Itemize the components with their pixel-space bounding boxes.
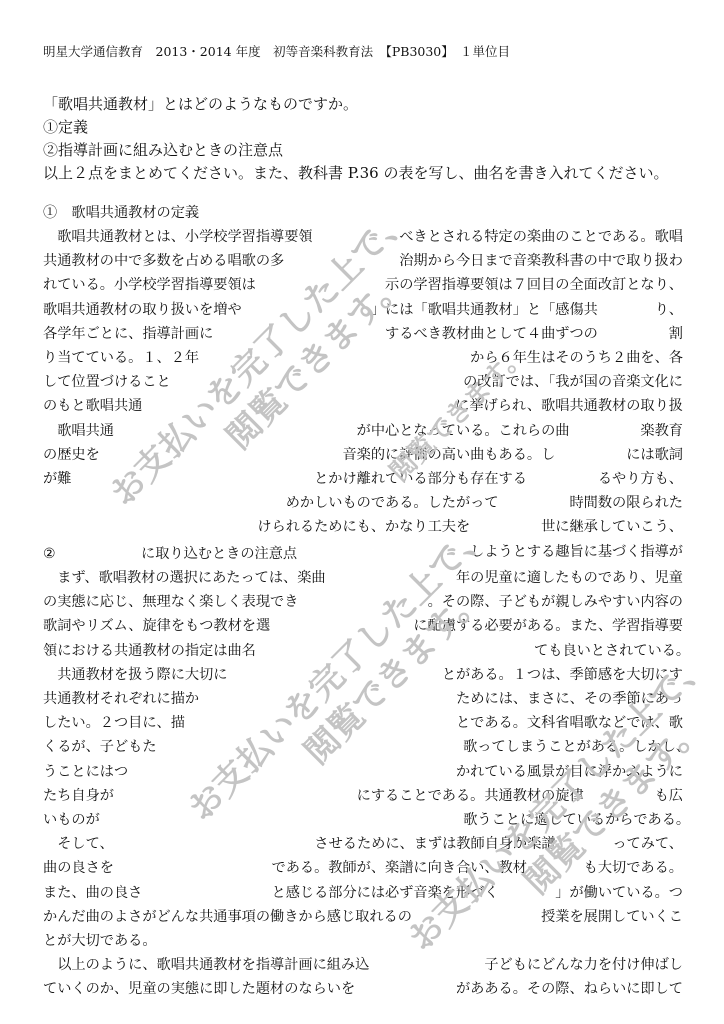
body-line-right-fragment: 示の学習指導要領は７回目の全面改訂となり、 bbox=[385, 274, 683, 296]
body-line-left-fragment: また、曲の良さ bbox=[43, 882, 142, 904]
body-line-left-fragment: いものが bbox=[43, 809, 100, 831]
body-line-left-fragment: ていくのか、児童の実態に即した題材のならいを bbox=[43, 978, 355, 1000]
question-line: 以上２点をまとめてください。また、教科書 P.36 の表を写し、曲名を書き入れて… bbox=[43, 161, 668, 185]
body-line-left-fragment: が難 bbox=[43, 468, 71, 490]
question-line: 「歌唱共通教材」とはどのようなものですか。 bbox=[43, 92, 358, 116]
section2-heading: ② に取り込むときの注意点 bbox=[43, 543, 683, 565]
body-line-right-fragment: めかしいものである。したがって 時間数の限られた bbox=[286, 492, 683, 514]
body-line-left-fragment: したい。２つ目に、描 bbox=[43, 712, 185, 734]
body-line-left-fragment: して位置づけること bbox=[43, 371, 171, 393]
body-line-left-fragment: 歌唱共通 bbox=[43, 420, 114, 442]
question-line: ①定義 bbox=[43, 115, 88, 139]
body-line-left-fragment: の実態に応じ、無理なく楽しく表現でき bbox=[43, 591, 298, 613]
body-line-left-fragment: そして、 bbox=[43, 833, 114, 855]
body-line-left-fragment: 歌唱共通教材の取り扱いを増や bbox=[43, 299, 242, 321]
body-line-left-fragment: れている。小学校学習指導要領は bbox=[43, 274, 256, 296]
body-line: り当てている。１、２年から６年生はそのうち２曲を、各 bbox=[43, 347, 683, 369]
body-line: 以上のように、歌唱共通教材を指導計画に組み込子どもにどんな力を付け伸ばし bbox=[43, 954, 683, 976]
body-line: まず、歌唱教材の選択にあたっては、楽曲年の児童に適したものであり、児童 bbox=[43, 567, 683, 589]
body-line-right-fragment: の改訂では、「我が国の音楽文化に bbox=[378, 371, 683, 393]
body-line: かんだ曲のよさがどんな共通事項の働きから感じ取れるの授業を展開していくこ bbox=[43, 906, 683, 928]
body-line-left-fragment: 歌詞やリズム、旋律をもつ教材を選 bbox=[43, 615, 270, 637]
body-line-left-fragment: 各学年ごとに、指導計画に bbox=[43, 323, 213, 345]
body-line-right-fragment: ても良いとされている。 bbox=[506, 640, 683, 662]
body-line-right-fragment: から６年生はそのうち２曲を、各 bbox=[385, 347, 683, 369]
body-line-left-fragment: 共通教材の中で多数を占める唱歌の多 bbox=[43, 250, 284, 272]
body-line-left-fragment: 歌唱共通教材とは、小学校学習指導要領 bbox=[43, 226, 313, 248]
body-line-right-fragment: が中心となっている。これらの曲 楽教育 bbox=[357, 420, 683, 442]
question-line: ②指導計画に組み込むときの注意点 bbox=[43, 138, 283, 162]
body-line-left-fragment: うことにはつ bbox=[43, 761, 128, 783]
body-line-left-fragment: まず、歌唱教材の選択にあたっては、楽曲 bbox=[43, 567, 326, 589]
body-line: の実態に応じ、無理なく楽しく表現でき。その際、子どもが親しみやすい内容の bbox=[43, 591, 683, 613]
document-header: 明星大学通信教育 2013・2014 年度 初等音楽科教育法 【PB3030】 … bbox=[43, 43, 510, 61]
body-line-left-fragment: 共通教材を扱う際に大切に bbox=[43, 664, 227, 686]
body-line-right-fragment: 授業を展開していくこ bbox=[541, 906, 683, 928]
body-line-left-fragment: り当てている。１、２年 bbox=[43, 347, 199, 369]
body-line-right-fragment: べきとされる特定の楽曲のことである。歌唱 bbox=[399, 226, 683, 248]
body-line-right-fragment: 子どもにどんな力を付け伸ばし bbox=[484, 954, 683, 976]
body-line-left-fragment: くるが、子どもた bbox=[43, 736, 157, 758]
body-line-right-fragment: 」には「歌唱共通教材」と「感傷共 り、 bbox=[371, 299, 683, 321]
section1-heading: ① 歌唱共通教材の定義 bbox=[43, 202, 683, 224]
body-line-left-fragment: 領における共通教材の指定は曲名 bbox=[43, 640, 256, 662]
body-line-left-fragment: のもと歌唱共通 bbox=[43, 395, 142, 417]
body-line: して位置づけることの改訂では、「我が国の音楽文化に bbox=[43, 371, 683, 393]
section2-heading-number: ② bbox=[43, 543, 56, 565]
body-line-right-fragment: するべき教材曲として４曲ずつの 割 bbox=[385, 323, 683, 345]
body-line-left-fragment: 共通教材それぞれに描か bbox=[43, 688, 199, 710]
body-line-right-fragment: があある。その際、ねらいに即して bbox=[456, 978, 683, 1000]
body-line: 歌唱共通が中心となっている。これらの曲 楽教育 bbox=[43, 420, 683, 442]
body-line-left-fragment: の歴史を bbox=[43, 444, 100, 466]
body-line: とが大切である。 bbox=[43, 930, 683, 952]
body-line: ていくのか、児童の実態に即した題材のならいをがあある。その際、ねらいに即して bbox=[43, 978, 683, 1000]
body-line-left-fragment: たち自身が bbox=[43, 785, 114, 807]
body-line-right-fragment: とかけ離れている部分も存在する るやり方も、 bbox=[314, 468, 683, 490]
body-line: のもと歌唱共通に挙げられ、歌唱共通教材の取り扱 bbox=[43, 395, 683, 417]
body-line-left-fragment: 曲の良さを bbox=[43, 857, 114, 879]
body-line-left-fragment: かんだ曲のよさがどんな共通事項の働きから感じ取れるの bbox=[43, 906, 412, 928]
body-line-right-fragment: に挙げられ、歌唱共通教材の取り扱 bbox=[370, 395, 683, 417]
body-line: また、曲の良さと感じる部分には必ず音楽を形づく 」が働いている。つ bbox=[43, 882, 683, 904]
body-line-left-fragment: 以上のように、歌唱共通教材を指導計画に組み込 bbox=[43, 954, 369, 976]
body-line-left-fragment: とが大切である。 bbox=[43, 930, 157, 952]
section2-heading-text: に取り込むときの注意点 bbox=[141, 543, 297, 565]
